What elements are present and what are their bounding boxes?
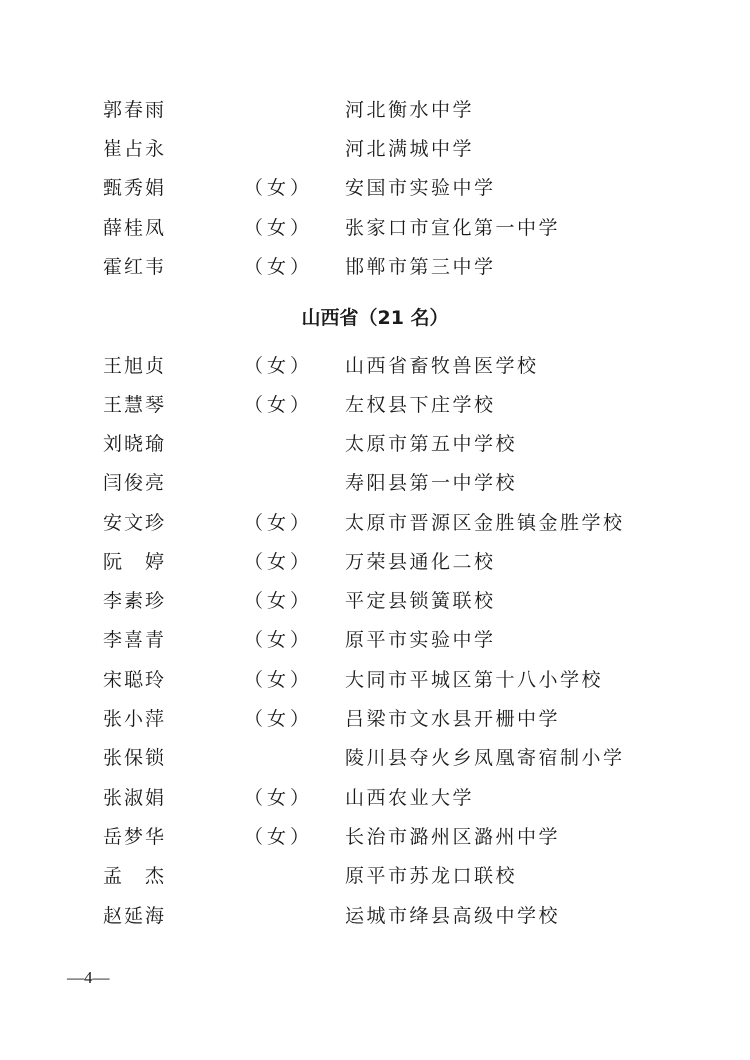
list-item: 安文珍 （女） 太原市晋源区金胜镇金胜学校 <box>0 508 750 538</box>
list-item: 李素珍 （女） 平定县锁簧联校 <box>0 586 750 616</box>
list-item: 岳梦华 （女） 长治市潞州区潞州中学 <box>0 822 750 852</box>
gender-marker: （女） <box>244 704 313 734</box>
gender-marker: （女） <box>244 390 313 420</box>
gender-marker: （女） <box>244 173 313 203</box>
person-name: 郭春雨 <box>103 95 166 125</box>
school-name: 安国市实验中学 <box>345 173 496 203</box>
school-name: 吕梁市文水县开栅中学 <box>345 704 560 734</box>
person-name: 崔占永 <box>103 134 166 164</box>
person-name: 王旭贞 <box>103 351 166 381</box>
list-item: 阮 婷 （女） 万荣县通化二校 <box>0 547 750 577</box>
person-name: 闫俊亮 <box>103 468 166 498</box>
gender-marker: （女） <box>244 783 313 813</box>
school-name: 原平市苏龙口联校 <box>345 861 517 891</box>
person-name: 宋聪玲 <box>103 665 166 695</box>
person-name: 张保锁 <box>103 743 166 773</box>
gender-marker: （女） <box>244 213 313 243</box>
school-name: 寿阳县第一中学校 <box>345 468 517 498</box>
person-name: 王慧琴 <box>103 390 166 420</box>
person-name: 李喜青 <box>103 625 166 655</box>
person-name: 赵延海 <box>103 901 166 931</box>
school-name: 左权县下庄学校 <box>345 390 496 420</box>
school-name: 原平市实验中学 <box>345 625 496 655</box>
gender-marker: （女） <box>244 822 313 852</box>
person-name: 岳梦华 <box>103 822 166 852</box>
list-item: 孟 杰 原平市苏龙口联校 <box>0 861 750 891</box>
person-name: 孟 杰 <box>103 861 166 891</box>
list-item: 刘晓瑜 太原市第五中学校 <box>0 429 750 459</box>
gender-marker: （女） <box>244 547 313 577</box>
list-item: 闫俊亮 寿阳县第一中学校 <box>0 468 750 498</box>
person-name: 甄秀娟 <box>103 173 166 203</box>
list-item: 张淑娟 （女） 山西农业大学 <box>0 783 750 813</box>
school-name: 邯郸市第三中学 <box>345 252 496 282</box>
school-name: 长治市潞州区潞州中学 <box>345 822 560 852</box>
gender-marker: （女） <box>244 665 313 695</box>
school-name: 太原市晋源区金胜镇金胜学校 <box>345 508 625 538</box>
person-name: 安文珍 <box>103 508 166 538</box>
list-item: 薛桂凤 （女） 张家口市宣化第一中学 <box>0 213 750 243</box>
gender-marker: （女） <box>244 351 313 381</box>
gender-marker: （女） <box>244 586 313 616</box>
list-item: 张小萍 （女） 吕梁市文水县开栅中学 <box>0 704 750 734</box>
person-name: 张小萍 <box>103 704 166 734</box>
school-name: 陵川县夺火乡凤凰寄宿制小学 <box>345 743 625 773</box>
list-item: 王旭贞 （女） 山西省畜牧兽医学校 <box>0 351 750 381</box>
section-heading-shanxi: 山西省（21 名） <box>0 303 750 333</box>
person-name: 薛桂凤 <box>103 213 166 243</box>
gender-marker: （女） <box>244 252 313 282</box>
page-number: —4— <box>67 966 110 990</box>
school-name: 平定县锁簧联校 <box>345 586 496 616</box>
school-name: 太原市第五中学校 <box>345 429 517 459</box>
list-item: 崔占永 河北满城中学 <box>0 134 750 164</box>
person-name: 阮 婷 <box>103 547 166 577</box>
school-name: 张家口市宣化第一中学 <box>345 213 560 243</box>
school-name: 河北衡水中学 <box>345 95 474 125</box>
school-name: 运城市绛县高级中学校 <box>345 901 560 931</box>
school-name: 河北满城中学 <box>345 134 474 164</box>
list-item: 张保锁 陵川县夺火乡凤凰寄宿制小学 <box>0 743 750 773</box>
school-name: 大同市平城区第十八小学校 <box>345 665 603 695</box>
list-item: 宋聪玲 （女） 大同市平城区第十八小学校 <box>0 665 750 695</box>
person-name: 刘晓瑜 <box>103 429 166 459</box>
list-item: 赵延海 运城市绛县高级中学校 <box>0 901 750 931</box>
list-item: 李喜青 （女） 原平市实验中学 <box>0 625 750 655</box>
person-name: 张淑娟 <box>103 783 166 813</box>
school-name: 山西省畜牧兽医学校 <box>345 351 539 381</box>
list-item: 王慧琴 （女） 左权县下庄学校 <box>0 390 750 420</box>
person-name: 李素珍 <box>103 586 166 616</box>
school-name: 万荣县通化二校 <box>345 547 496 577</box>
list-item: 甄秀娟 （女） 安国市实验中学 <box>0 173 750 203</box>
school-name: 山西农业大学 <box>345 783 474 813</box>
gender-marker: （女） <box>244 625 313 655</box>
list-item: 郭春雨 河北衡水中学 <box>0 95 750 125</box>
gender-marker: （女） <box>244 508 313 538</box>
person-name: 霍红韦 <box>103 252 166 282</box>
list-item: 霍红韦 （女） 邯郸市第三中学 <box>0 252 750 282</box>
